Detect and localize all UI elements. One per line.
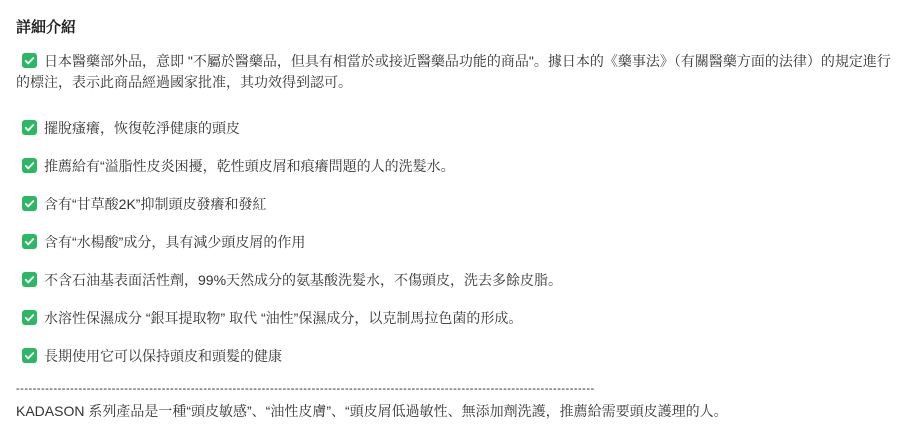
feature-text: 含有“水楊酸”成分，具有減少頭皮屑的作用 bbox=[44, 234, 305, 250]
page-title: 詳細介紹 bbox=[16, 16, 901, 37]
dashed-divider: ----------------------------------------… bbox=[16, 384, 594, 396]
feature-text: 擺脫瘙癢，恢復乾淨健康的頭皮 bbox=[44, 120, 240, 136]
feature-text: 水溶性保濕成分 “銀耳提取物” 取代 “油性”保濕成分，以克制馬拉色菌的形成。 bbox=[44, 310, 522, 326]
feature-text: 推薦給有“溢脂性皮炎困擾，乾性頭皮屑和痕癢問題的人的洗髮水。 bbox=[44, 158, 455, 174]
feature-item: 含有“水楊酸”成分，具有減少頭皮屑的作用 bbox=[16, 232, 901, 253]
feature-text: 含有“甘草酸2K”抑制頭皮發癢和發紅 bbox=[44, 196, 266, 212]
check-icon bbox=[22, 158, 37, 173]
check-icon bbox=[22, 272, 37, 287]
feature-item: 含有“甘草酸2K”抑制頭皮發癢和發紅 bbox=[16, 194, 901, 215]
feature-text: 長期使用它可以保持頭皮和頭髮的健康 bbox=[44, 348, 282, 364]
feature-item: 水溶性保濕成分 “銀耳提取物” 取代 “油性”保濕成分，以克制馬拉色菌的形成。 bbox=[16, 308, 901, 329]
product-description-section: 詳細介紹 日本醫藥部外品，意即 "不屬於醫藥品，但具有相當於或接近醫藥品功能的商… bbox=[0, 0, 917, 422]
check-icon bbox=[22, 310, 37, 325]
check-icon bbox=[22, 234, 37, 249]
check-icon bbox=[22, 120, 37, 135]
check-icon bbox=[22, 196, 37, 211]
feature-item: 擺脫瘙癢，恢復乾淨健康的頭皮 bbox=[16, 118, 901, 139]
feature-text: 日本醫藥部外品，意即 "不屬於醫藥品，但具有相當於或接近醫藥品功能的商品"。據日… bbox=[16, 53, 891, 90]
feature-text: 不含石油基表面活性劑，99%天然成分的氨基酸洗髮水，不傷頭皮，洗去多餘皮脂。 bbox=[44, 272, 562, 288]
feature-item: 推薦給有“溢脂性皮炎困擾，乾性頭皮屑和痕癢問題的人的洗髮水。 bbox=[16, 156, 901, 177]
check-icon bbox=[22, 53, 37, 68]
check-icon bbox=[22, 348, 37, 363]
feature-item: 長期使用它可以保持頭皮和頭髮的健康 bbox=[16, 346, 901, 367]
footer-summary-text: KADASON 系列產品是一種“頭皮敏感”、“油性皮膚”、“頭皮屑低過敏性、無添… bbox=[16, 401, 901, 422]
feature-item: 不含石油基表面活性劑，99%天然成分的氨基酸洗髮水，不傷頭皮，洗去多餘皮脂。 bbox=[16, 270, 901, 291]
feature-item: 日本醫藥部外品，意即 "不屬於醫藥品，但具有相當於或接近醫藥品功能的商品"。據日… bbox=[16, 51, 901, 93]
